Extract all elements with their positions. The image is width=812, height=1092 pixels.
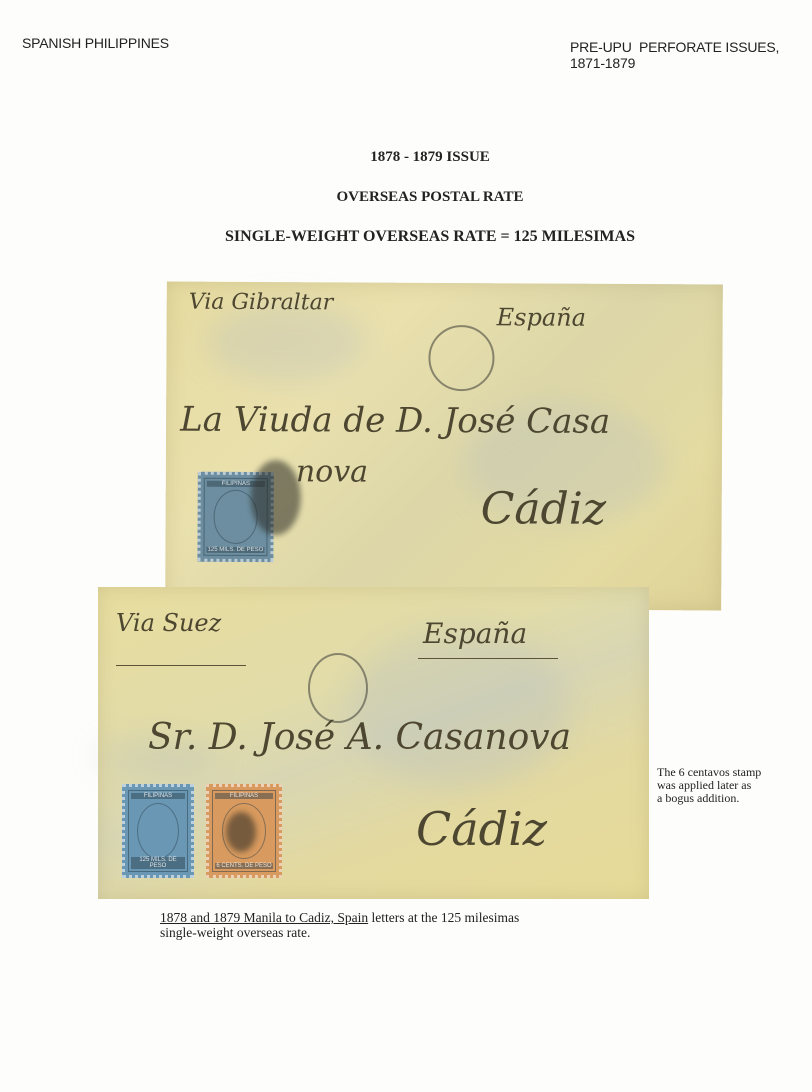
cancellation-mark xyxy=(251,460,301,535)
postmark xyxy=(308,653,368,723)
caption-underlined: 1878 and 1879 Manila to Cadiz, Spain xyxy=(160,910,368,925)
collection-title: SPANISH PHILIPPINES xyxy=(22,35,169,51)
rate-category-title: OVERSEAS POSTAL RATE xyxy=(0,189,812,206)
addressee-line2: nova xyxy=(296,454,368,489)
destination-city: Cádiz xyxy=(416,802,547,856)
postmark xyxy=(428,325,494,391)
cover-gibraltar: Via Gibraltar España La Viuda de D. José… xyxy=(165,282,723,611)
destination-country: España xyxy=(497,303,586,331)
section-years: 1871-1879 xyxy=(570,55,779,71)
underline-divider xyxy=(116,665,246,666)
exhibit-caption: 1878 and 1879 Manila to Cadiz, Spain let… xyxy=(160,910,519,940)
destination-country: España xyxy=(423,617,527,650)
issue-title: 1878 - 1879 ISSUE xyxy=(0,149,812,166)
stamp-125-milesimas: FILIPINAS 125 MILS. DE PESO xyxy=(122,784,194,878)
cover-suez: Via Suez España Sr. D. José A. Casanova … xyxy=(98,587,649,899)
route-annotation: Via Suez xyxy=(116,609,221,637)
underline-divider xyxy=(418,658,558,659)
bogus-stamp-note: The 6 centavos stamp was applied later a… xyxy=(657,766,761,805)
rate-title: SINGLE-WEIGHT OVERSEAS RATE = 125 MILESI… xyxy=(0,228,812,246)
addressee-line1: Sr. D. José A. Casanova xyxy=(148,717,571,758)
cancellation-mark xyxy=(226,812,256,852)
exhibit-section: PRE-UPU PERFORATE ISSUES, 1871-1879 xyxy=(570,39,779,71)
section-title: PRE-UPU PERFORATE ISSUES, xyxy=(570,39,779,55)
route-annotation: Via Gibraltar xyxy=(189,290,334,316)
destination-city: Cádiz xyxy=(481,483,607,535)
addressee-line1: La Viuda de D. José Casa xyxy=(180,400,610,442)
